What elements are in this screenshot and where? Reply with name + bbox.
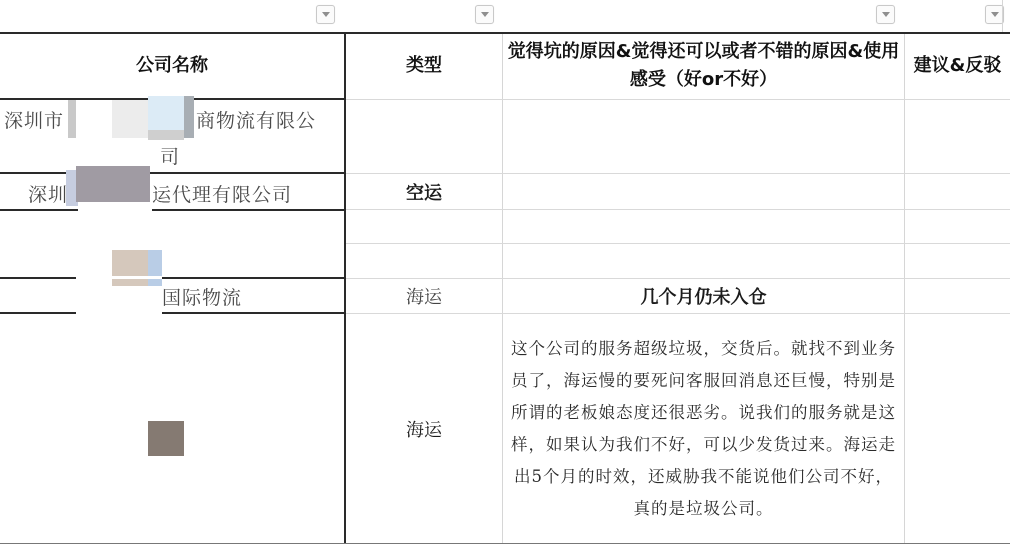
redaction-mask [76,166,150,202]
redaction-mask [148,421,184,456]
grid-line [345,243,1010,244]
border-gap [0,242,344,245]
table-row[interactable] [0,314,344,543]
company-name-right: 运代理有限公司 [152,180,292,207]
company-name-right: 商物流有限公 [196,106,316,133]
company-name-left: 深圳市 [4,106,64,133]
company-name-right: 国际物流 [162,283,242,310]
dropdown-arrow-icon [882,12,890,17]
company-name-wrap: 司 [160,142,180,169]
table-row[interactable]: 深圳市 商物流有限公 司 [0,100,344,172]
border-gap [78,276,162,279]
header-type[interactable]: 类型 [346,34,502,98]
filter-button-company-name[interactable] [316,5,335,24]
header-reason[interactable]: 觉得坑的原因&觉得还可以或者不错的原因&使用感受（好or不好） [503,34,904,98]
filter-button-reason[interactable] [876,5,895,24]
reason-cell[interactable]: 几个月仍未入仓 [503,279,904,312]
reason-cell[interactable]: 这个公司的服务超级垃圾，交货后。就找不到业务员了，海运慢的要死问客服回消息还巨慢… [503,314,904,543]
company-name-left: 深圳 [28,180,68,207]
redaction-mask [68,100,76,138]
table-row[interactable]: 国际物流 [0,279,344,312]
table-row-empty[interactable] [0,245,344,277]
redaction-mask [112,250,148,286]
type-cell[interactable]: 海运 [346,279,502,312]
grid-line [1002,0,1003,33]
grid-line [345,99,1010,100]
type-cell[interactable]: 空运 [346,174,502,209]
border-gap [78,208,152,211]
redaction-mask [112,100,150,138]
header-suggestion[interactable]: 建议&反驳 [905,34,1010,98]
border-gap [78,311,162,314]
dropdown-arrow-icon [322,12,330,17]
type-cell[interactable]: 海运 [346,314,502,543]
redaction-mask [148,130,184,140]
dropdown-arrow-icon [991,12,999,17]
filter-button-type[interactable] [475,5,494,24]
redaction-mask [76,276,112,314]
redaction-mask [184,96,194,138]
table-row[interactable]: 深圳 运代理有限公司 [0,174,344,209]
dropdown-arrow-icon [481,12,489,17]
redaction-mask [148,250,162,286]
table-row-empty[interactable] [0,211,344,243]
header-company-name[interactable]: 公司名称 [0,34,344,98]
grid-line [345,209,1010,210]
grid-line [904,33,905,544]
